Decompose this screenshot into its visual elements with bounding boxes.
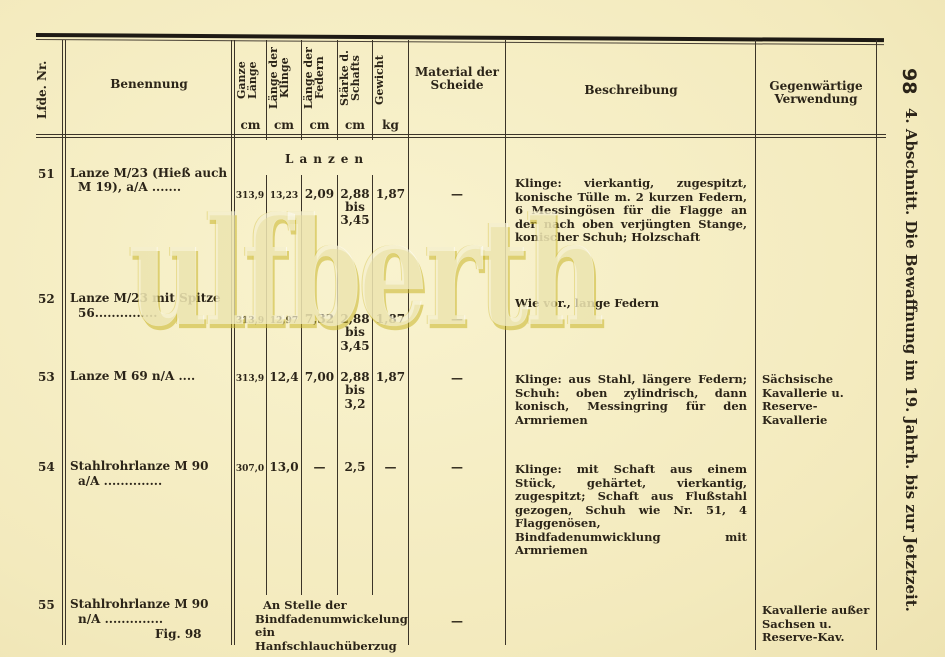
item-name-cont: n/A .............. [78, 613, 230, 626]
description: Wie vor., lange Federn [515, 297, 747, 311]
laenge-federn: 7,32 [302, 313, 337, 325]
row-number: 51 [38, 167, 55, 181]
col-divider [505, 40, 506, 645]
document-page: Lfde. Nr. Benennung Ganze Länge Länge de… [0, 0, 945, 657]
staerke-schaft: 2,88 [338, 371, 372, 383]
staerke-schaft: 2,5 [338, 461, 372, 473]
header-rule-2 [36, 137, 886, 138]
row-number: 54 [38, 460, 55, 474]
header-gewicht: Gewicht [374, 50, 406, 110]
laenge-klinge: 13,23 [267, 190, 301, 202]
current-use: Sächsische Kavallerie u. Reserve-Kavalle… [762, 373, 872, 427]
ganze-laenge: 313,9 [234, 315, 266, 327]
header-staerke-schaft: Stärke d. Schafts [339, 42, 371, 114]
col-divider [231, 40, 232, 645]
laenge-klinge: 12,97 [267, 315, 301, 327]
header-beschreibung: Beschreibung [510, 84, 752, 97]
staerke-schaft-max: 3,45 [338, 214, 372, 226]
item-name-cont: 56............... [78, 307, 230, 320]
item-name: Stahlrohrlanze M 90 [70, 460, 230, 473]
col-divider [65, 40, 66, 645]
item-name-cont: M 19), a/A ....... [78, 181, 230, 194]
current-use: Kavallerie außer Sachsen u. Reserve-Kav. [762, 604, 872, 645]
unit-laenge-federn: cm [302, 118, 337, 132]
material: — [409, 460, 505, 474]
material: — [409, 312, 505, 326]
laenge-klinge: 13,0 [267, 461, 301, 473]
header-material: Material der Scheide [412, 66, 502, 92]
header-lfd-nr: Lfde. Nr. [37, 50, 59, 130]
staerke-schaft: 2,88 [338, 188, 372, 200]
staerke-schaft: 2,88 [338, 313, 372, 325]
laenge-federn: 7,00 [302, 371, 337, 383]
col-divider [372, 175, 373, 595]
row-number: 55 [38, 598, 55, 612]
col-divider [876, 40, 877, 650]
item-name: Lanze M/23 (Hieß auch [70, 167, 230, 180]
col-divider [408, 40, 409, 645]
staerke-schaft-max: 3,45 [338, 340, 372, 352]
material: — [409, 371, 505, 385]
unit-gewicht: kg [373, 118, 408, 132]
laenge-klinge: 12,4 [267, 371, 301, 383]
laenge-federn: — [302, 461, 337, 473]
header-laenge-klinge: Länge der Klinge [268, 42, 300, 114]
material: — [409, 614, 505, 628]
staerke-schaft-bis: bis [338, 384, 372, 396]
description: Klinge: vierkantig, zugespitzt, konische… [515, 177, 747, 245]
row-number: 53 [38, 370, 55, 384]
page-number: 98 [898, 68, 920, 94]
staerke-schaft-bis: bis [338, 326, 372, 338]
item-name: Stahlrohrlanze M 90 [70, 598, 230, 611]
running-title: 4. Abschnitt. Die Bewaffnung im 19. Jahr… [902, 108, 920, 612]
description: Klinge: mit Schaft aus einem Stück, gehä… [515, 463, 747, 558]
item-name-cont: a/A .............. [78, 475, 230, 488]
gewicht: 1,87 [373, 188, 408, 200]
gewicht: 1,87 [373, 371, 408, 383]
ganze-laenge: 313,9 [234, 190, 266, 202]
header-rule [36, 134, 886, 135]
unit-ganze-laenge: cm [235, 118, 266, 132]
header-laenge-federn: Länge der Federn [303, 42, 335, 114]
ganze-laenge: 313,9 [234, 373, 266, 385]
row-number: 52 [38, 292, 55, 306]
material: — [409, 187, 505, 201]
unit-staerke-schaft: cm [338, 118, 372, 132]
col-divider [301, 175, 302, 595]
staerke-schaft-bis: bis [338, 201, 372, 213]
figure-reference: Fig. 98 [155, 628, 230, 641]
ganze-laenge: 307,0 [234, 463, 266, 475]
gewicht: — [373, 461, 408, 473]
unit-laenge-klinge: cm [267, 118, 301, 132]
col-divider [62, 40, 63, 645]
header-benennung: Benennung [70, 78, 228, 91]
gewicht: 1,87 [373, 313, 408, 325]
staerke-schaft-max: 3,2 [338, 398, 372, 410]
header-ganze-laenge: Ganze Länge [236, 46, 264, 114]
merged-note: An Stelle der Bindfadenumwickelung ein H… [255, 599, 403, 653]
item-name: Lanze M 69 n/A .... [70, 370, 230, 383]
item-name: Lanze M/23 mit Spitze [70, 292, 230, 305]
laenge-federn: 2,09 [302, 188, 337, 200]
description: Klinge: aus Stahl, längere Federn; Schuh… [515, 373, 747, 427]
running-head: 98 4. Abschnitt. Die Bewaffnung im 19. J… [898, 68, 932, 628]
section-title: Lanzen [285, 152, 369, 166]
header-verwendung: Gegenwärtige Verwendung [760, 80, 872, 106]
col-divider [266, 175, 267, 595]
col-divider [755, 40, 756, 650]
